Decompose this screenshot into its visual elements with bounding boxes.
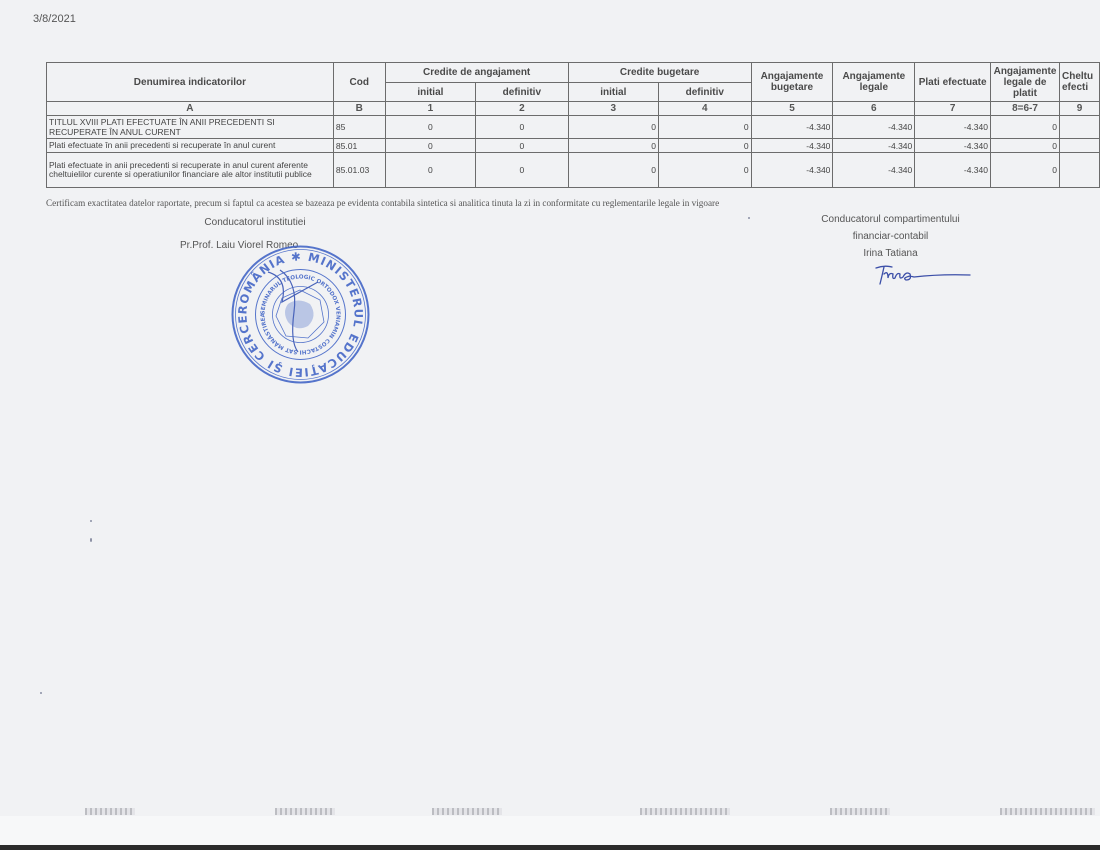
cell-angajamente-legale: -4.340 (833, 139, 915, 153)
right-signer-name: Irina Tatiana (808, 245, 973, 262)
column-letter: 6 (833, 102, 915, 116)
cell-angajamente-legale-de-platit: 0 (991, 139, 1060, 153)
row-name: Plati efectuate în anii precedenti si re… (47, 139, 334, 153)
cell-cb-definitiv: 0 (659, 116, 752, 139)
column-letter: 9 (1059, 102, 1099, 116)
cell-plati-efectuate: -4.340 (915, 139, 991, 153)
header-credite-bugetare: Credite bugetare (568, 63, 751, 83)
page-bottom-margin (0, 816, 1100, 845)
cell-ca-definitiv: 0 (476, 153, 569, 188)
official-stamp-icon: ROMÂNIA ✱ MINISTERUL EDUCAŢIEI ŞI CERCET… (228, 242, 373, 387)
column-letter: 2 (476, 102, 569, 116)
handwritten-signature-icon (870, 262, 980, 292)
cell-ca-initial: 0 (385, 116, 475, 139)
cell-angajamente-legale-de-platit: 0 (991, 116, 1060, 139)
cell-ca-initial: 0 (385, 139, 475, 153)
scan-artifact (1000, 808, 1095, 815)
cell-plati-efectuate: -4.340 (915, 116, 991, 139)
scan-edge (0, 845, 1100, 850)
column-letter: 3 (568, 102, 658, 116)
cell-angajamente-legale: -4.340 (833, 153, 915, 188)
scan-speck (40, 692, 42, 694)
cell-plati-efectuate: -4.340 (915, 153, 991, 188)
right-signer-title: Conducatorul compartimentului (808, 211, 973, 228)
cell-angajamente-legale: -4.340 (833, 116, 915, 139)
header-cheltuieli-efective: Cheltu efecti (1059, 63, 1099, 102)
header-code: Cod (333, 63, 385, 102)
row-name: TITLUL XVIII PLATI EFECTUATE ÎN ANII PRE… (47, 116, 334, 139)
header-name: Denumirea indicatorilor (47, 63, 334, 102)
scan-speck (90, 538, 92, 542)
row-code: 85.01 (333, 139, 385, 153)
left-signer-title: Conducatorul institutiei (150, 217, 360, 228)
header-angajamente-bugetare: Angajamente bugetare (751, 63, 833, 102)
cell-cb-definitiv: 0 (659, 153, 752, 188)
column-letter: B (333, 102, 385, 116)
right-signature-block: Conducatorul compartimentului financiar-… (808, 211, 973, 262)
header-cb-initial: initial (568, 83, 658, 102)
cell-cheltuieli-efective (1059, 116, 1099, 139)
page-date: 3/8/2021 (33, 13, 76, 25)
cell-cb-definitiv: 0 (659, 139, 752, 153)
scan-artifact (830, 808, 890, 815)
scan-artifact (275, 808, 335, 815)
scan-artifact (640, 808, 730, 815)
column-letter: A (47, 102, 334, 116)
cell-cb-initial: 0 (568, 116, 658, 139)
column-letters-row: A B 1 2 3 4 5 6 7 8=6-7 9 (47, 102, 1100, 116)
scan-speck (748, 217, 750, 219)
scan-artifact (432, 808, 502, 815)
cell-ca-definitiv: 0 (476, 116, 569, 139)
cell-cb-initial: 0 (568, 153, 658, 188)
scan-speck (90, 520, 92, 522)
header-cb-definitiv: definitiv (659, 83, 752, 102)
cell-cheltuieli-efective (1059, 153, 1099, 188)
cell-angajamente-legale-de-platit: 0 (991, 153, 1060, 188)
cell-ca-definitiv: 0 (476, 139, 569, 153)
scan-artifact (85, 808, 135, 815)
column-letter: 8=6-7 (991, 102, 1060, 116)
row-code: 85 (333, 116, 385, 139)
cell-angajamente-bugetare: -4.340 (751, 139, 833, 153)
table-row: Plati efectuate în anii precedenti si re… (47, 139, 1100, 153)
cell-ca-initial: 0 (385, 153, 475, 188)
row-name: Plati efectuate in anii precedenti si re… (47, 153, 334, 188)
header-plati-efectuate: Plati efectuate (915, 63, 991, 102)
header-angajamente-legale: Angajamente legale (833, 63, 915, 102)
report-table: Denumirea indicatorilor Cod Credite de a… (46, 62, 1100, 188)
table-row: Plati efectuate in anii precedenti si re… (47, 153, 1100, 188)
column-letter: 5 (751, 102, 833, 116)
certification-statement: Certificam exactitatea datelor raportate… (46, 198, 719, 208)
cell-cb-initial: 0 (568, 139, 658, 153)
header-credite-angajament: Credite de angajament (385, 63, 568, 83)
cell-cheltuieli-efective (1059, 139, 1099, 153)
column-letter: 1 (385, 102, 475, 116)
header-angajamente-legale-de-platit: Angajamente legale de platit (991, 63, 1060, 102)
right-signer-subtitle: financiar-contabil (808, 228, 973, 245)
header-ca-definitiv: definitiv (476, 83, 569, 102)
cell-angajamente-bugetare: -4.340 (751, 153, 833, 188)
column-letter: 4 (659, 102, 752, 116)
cell-angajamente-bugetare: -4.340 (751, 116, 833, 139)
column-letter: 7 (915, 102, 991, 116)
row-code: 85.01.03 (333, 153, 385, 188)
table-row: TITLUL XVIII PLATI EFECTUATE ÎN ANII PRE… (47, 116, 1100, 139)
header-ca-initial: initial (385, 83, 475, 102)
